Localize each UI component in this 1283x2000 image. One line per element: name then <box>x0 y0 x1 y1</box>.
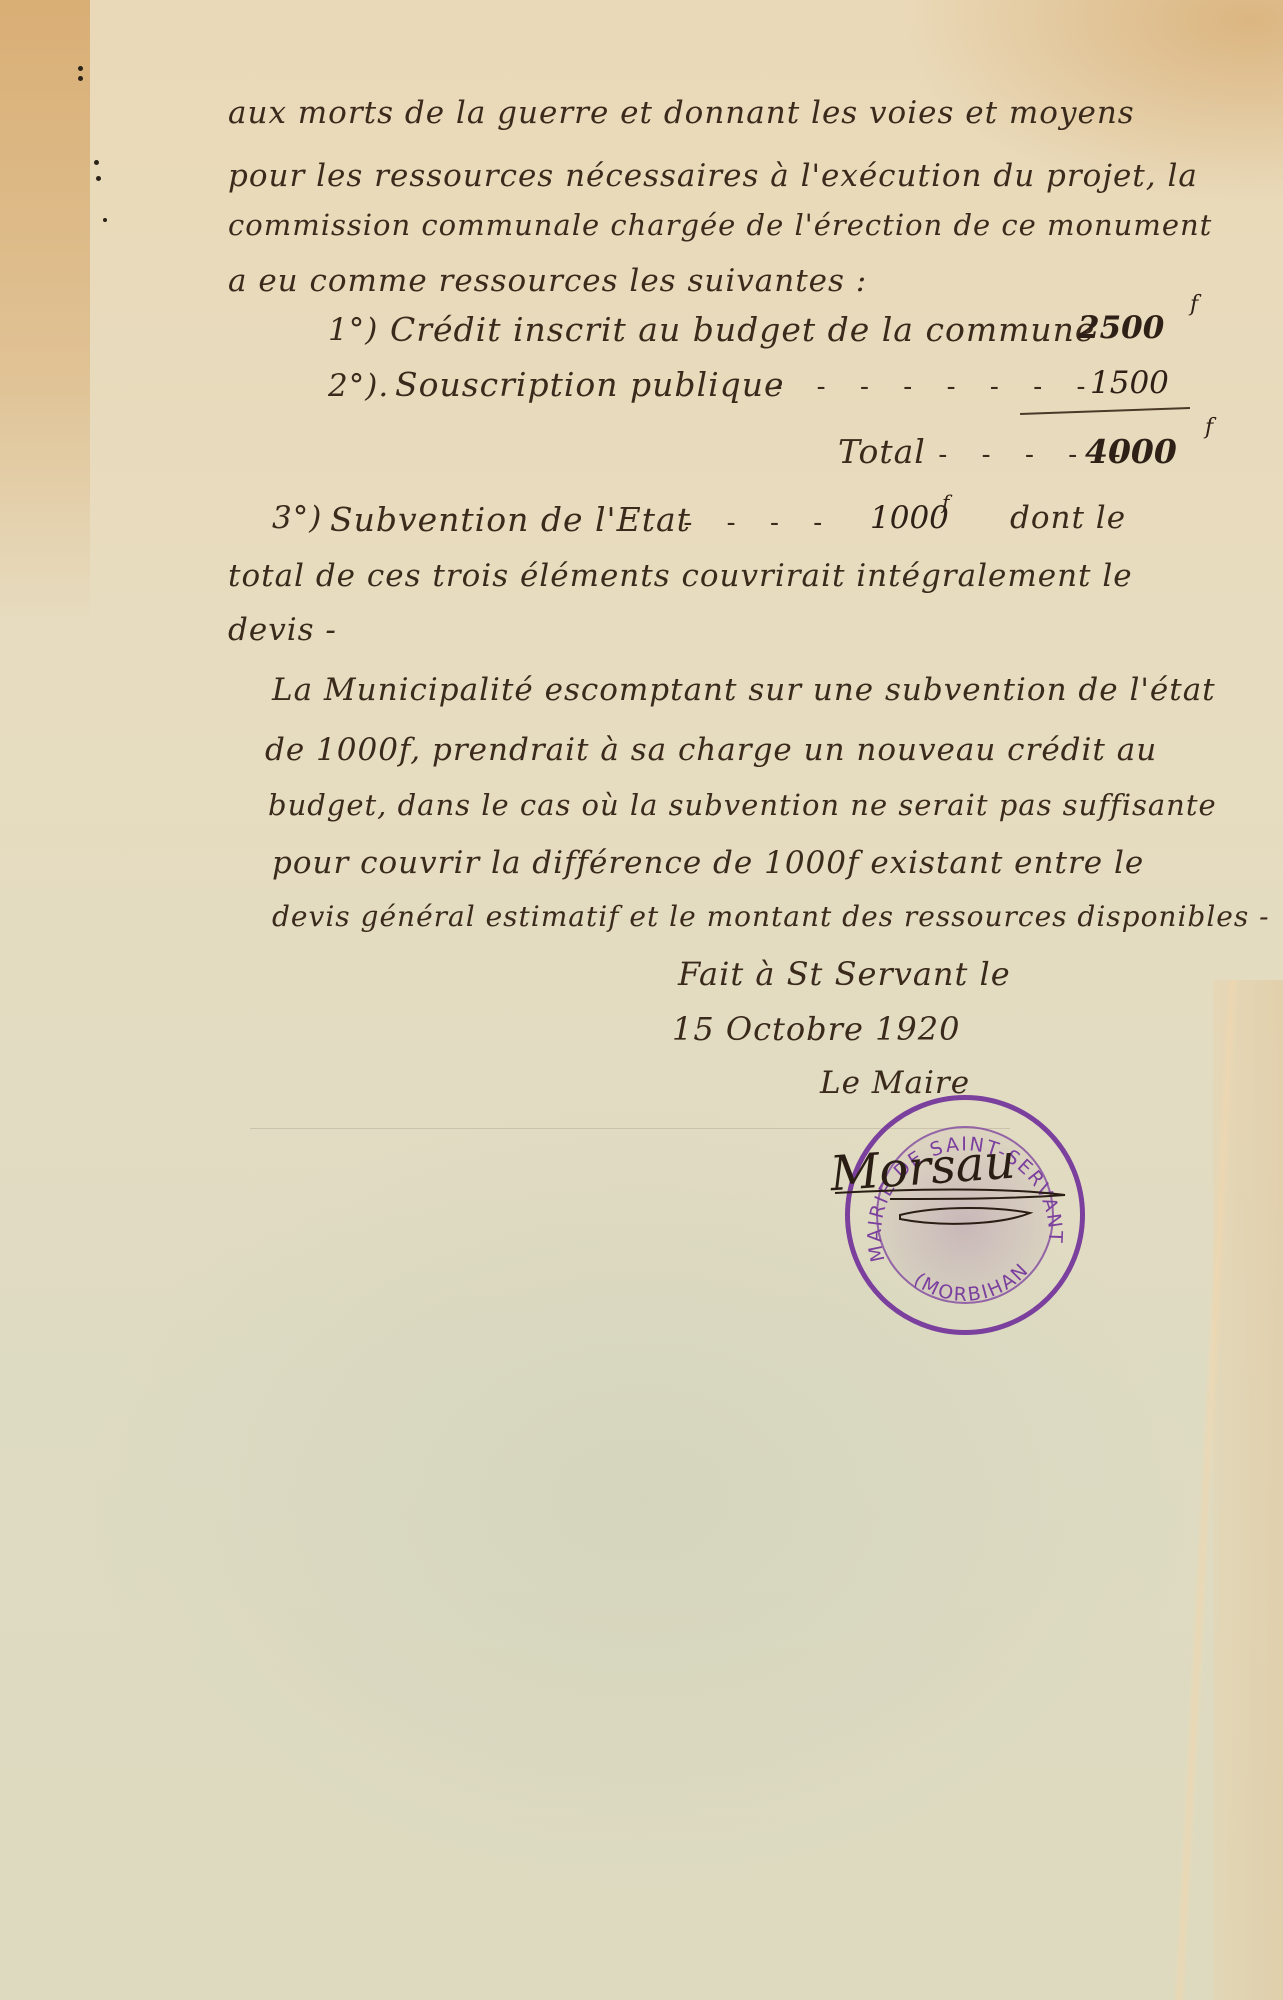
resource-number: 2°). <box>328 368 389 404</box>
resource-number: 1°) <box>328 312 378 348</box>
body-line-1: aux morts de la guerre et donnant les vo… <box>228 95 1135 131</box>
binding-hole <box>78 76 83 81</box>
resource-label: Subvention de l'Etat <box>330 500 691 539</box>
closing-date: 15 Octobre 1920 <box>672 1010 961 1048</box>
resource-amount: 2500 <box>1078 310 1164 346</box>
paper-stain-left <box>0 0 90 620</box>
body-line-3: commission communale chargée de l'érecti… <box>228 208 1212 242</box>
currency-mark: f <box>1190 292 1198 317</box>
total-label: Total <box>838 432 926 471</box>
resource-amount: 1000 <box>870 500 949 536</box>
total-amount: 4000 <box>1085 432 1177 471</box>
paragraph3-line-3: budget, dans le cas où la subvention ne … <box>268 788 1217 822</box>
currency-mark: f <box>1205 415 1213 440</box>
currency-mark: f <box>942 490 949 514</box>
body-line-2: pour les ressources nécessaires à l'exéc… <box>228 158 1198 194</box>
leader-dashes: - - - - - - - - <box>770 372 1095 402</box>
closing-place: Fait à St Servant le <box>678 955 1011 993</box>
resource-label: Souscription publique <box>395 365 785 404</box>
paragraph3-line-5: devis général estimatif et le montant de… <box>272 900 1270 933</box>
signature-flourish-icon <box>830 1185 1070 1245</box>
paragraph2-line-2: devis - <box>228 612 337 648</box>
binding-hole <box>78 66 83 71</box>
binding-hole <box>96 176 101 181</box>
ink-speck <box>103 218 107 222</box>
leader-dashes: - - - - <box>680 508 832 538</box>
paragraph3-line-4: pour couvrir la différence de 1000f exis… <box>272 845 1144 881</box>
paragraph2-line-1: total de ces trois éléments couvrirait i… <box>228 558 1133 594</box>
resource-amount: 1500 <box>1090 365 1169 401</box>
sum-underline <box>1020 407 1190 415</box>
body-line-4: a eu comme ressources les suivantes : <box>228 263 867 299</box>
continuation-text: dont le <box>1010 500 1126 536</box>
binding-hole <box>94 160 99 165</box>
document-page: aux morts de la guerre et donnant les vo… <box>0 0 1283 2000</box>
paragraph3-line-1: La Municipalité escomptant sur une subve… <box>272 672 1216 708</box>
resource-label: Crédit inscrit au budget de la commune <box>390 310 1095 349</box>
resource-number: 3°) <box>272 500 322 536</box>
paragraph3-line-2: de 1000f, prendrait à sa charge un nouve… <box>265 732 1157 768</box>
